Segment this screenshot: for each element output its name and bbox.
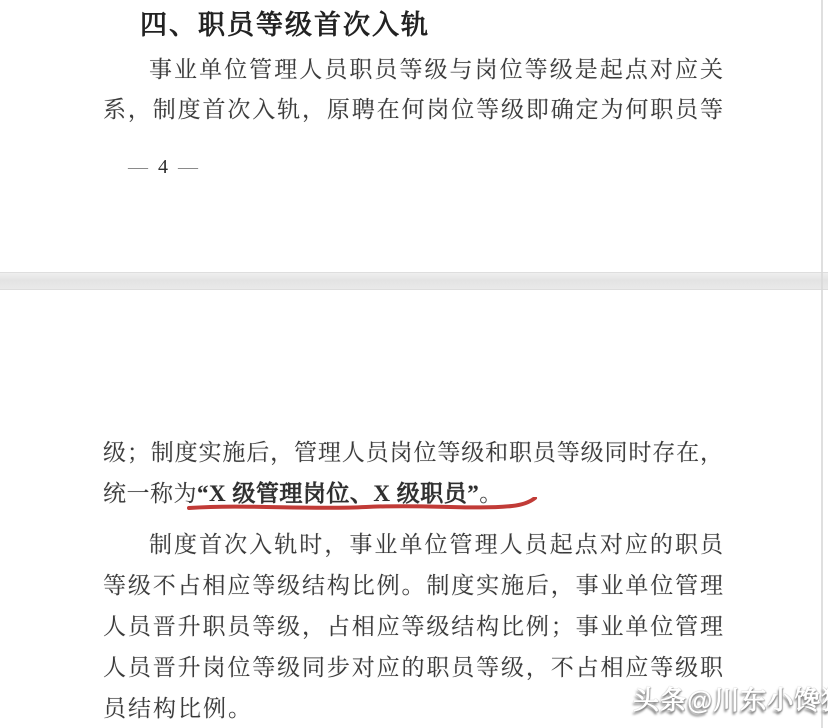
line-prefix-text: 统一称为	[103, 481, 197, 506]
paragraph-line: 系，制度首次入轨，原聘在何岗位等级即确定为何职员等	[103, 95, 723, 124]
page-number: —4—	[128, 155, 200, 179]
paragraph-line: 级；制度实施后，管理人员岗位等级和职员等级同时存在，	[103, 438, 723, 467]
toutiao-watermark: 头条@川东小馋猫	[633, 685, 828, 715]
page-break-separator	[0, 272, 828, 290]
page-number-dash-right: —	[178, 156, 200, 178]
section-heading: 四、职员等级首次入轨	[140, 8, 700, 42]
page-number-dash-left: —	[128, 156, 150, 178]
paragraph-line-with-annotation: 统一称为“X 级管理岗位、X 级职员”。	[103, 479, 723, 508]
emphasized-quoted-text: “X 级管理岗位、X 级职员”	[197, 481, 479, 506]
paragraph-line: 事业单位管理人员职员等级与岗位等级是起点对应关	[103, 55, 723, 84]
paragraph-line: 制度首次入轨时，事业单位管理人员起点对应的职员	[103, 530, 723, 559]
paragraph-line: 等级不占相应等级结构比例。制度实施后，事业单位管理	[103, 571, 723, 600]
line-suffix-text: 。	[479, 481, 503, 506]
paragraph-line: 员结构比例。	[103, 694, 723, 723]
page-right-edge-line	[821, 0, 823, 728]
document-screenshot: 四、职员等级首次入轨 事业单位管理人员职员等级与岗位等级是起点对应关 系，制度首…	[0, 0, 828, 728]
paragraph-line: 人员晋升职员等级，占相应等级结构比例；事业单位管理	[103, 612, 723, 641]
paragraph-line: 人员晋升岗位等级同步对应的职员等级，不占相应等级职	[103, 653, 723, 682]
page-number-value: 4	[150, 156, 178, 178]
